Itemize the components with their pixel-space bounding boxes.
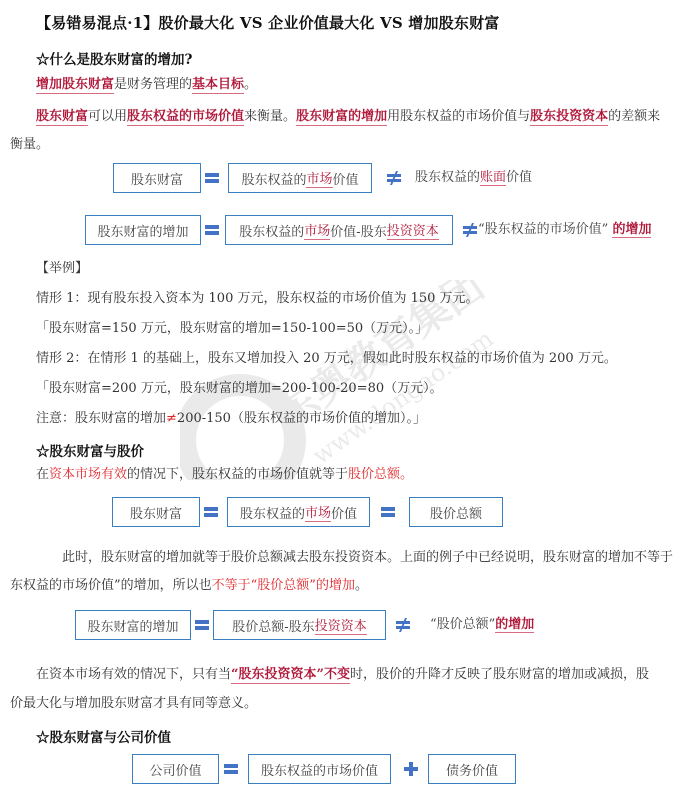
text: 股东权益的	[241, 169, 306, 188]
section-heading-wealth-stock-price: ☆股东财富与股价	[36, 440, 144, 460]
text: 可以用	[88, 109, 127, 124]
paragraph-wrap: 衡量。	[10, 138, 49, 151]
red-text: 股价总额。	[348, 467, 413, 482]
example-label: 【举例】	[36, 262, 88, 275]
equals-icon	[204, 505, 218, 519]
text: 。	[244, 77, 257, 92]
example-case-2-calc: 「股东财富=200 万元，股东财富的增加=200-100-20=80（万元）。	[36, 382, 443, 395]
red-text: 不等于“股价总额”的增加	[212, 578, 355, 593]
plus-icon	[404, 762, 418, 776]
text: 股价总额-股东	[232, 616, 314, 635]
highlight-text: 增加股东财富	[36, 77, 114, 94]
text: 。	[355, 578, 368, 593]
formula-box-stock-minus-capital: 股价总额-股东投资资本	[213, 610, 386, 640]
equals-icon	[381, 505, 395, 519]
page-title: 【易错易混点·1】股价最大化 VS 企业价值最大化 VS 增加股东财富	[36, 12, 500, 33]
formula-box-shareholder-wealth: 股东财富	[113, 163, 201, 193]
equals-icon	[224, 762, 238, 776]
text: 的差额来	[608, 109, 660, 124]
text: 200-150（股东权益的市场价值的增加）。」	[177, 411, 426, 426]
text: 股东权益的	[240, 503, 305, 522]
example-case-1: 情形 1：现有股东投入资本为 100 万元，股东权益的市场价值为 150 万元。	[36, 292, 479, 305]
paragraph-measurement: 股东财富可以用股东权益的市场价值来衡量。股东财富的增加用股东权益的市场价值与股东…	[36, 110, 660, 123]
highlight-text: 基本目标	[192, 77, 244, 94]
text: 价值-股东	[330, 221, 386, 240]
underlined-text: 市场	[305, 502, 331, 522]
underlined-text: 的增加	[495, 617, 534, 633]
formula-box-company-value: 公司价值	[132, 754, 219, 784]
formula-box-wealth-increase: 股东财富的增加	[85, 215, 201, 245]
equals-icon	[205, 223, 219, 237]
not-equal-icon	[387, 171, 401, 185]
underlined-text: 投资资本	[315, 615, 367, 635]
text: 来衡量。	[244, 109, 296, 124]
underlined-text: 市场	[304, 220, 330, 240]
text: 注意：股东财富的增加	[36, 411, 166, 426]
svg-text:www.dongao.com: www.dongao.com	[307, 324, 498, 470]
text: 用股东权益的市场价值与	[387, 109, 530, 124]
example-case-2: 情形 2：在情形 1 的基础上，股东又增加投入 20 万元，假如此时股东权益的市…	[36, 352, 617, 365]
formula-box-total-stock-price: 股价总额	[409, 497, 503, 527]
formula-rhs-stock-increase: “股价总额”的增加	[430, 618, 534, 631]
formula-box-market-value: 股东权益的市场价值	[248, 754, 391, 784]
not-equal-sign: ≠	[166, 411, 177, 426]
red-text: 资本市场有效	[49, 467, 127, 482]
equals-icon	[195, 618, 209, 632]
paragraph-condition-line2: 价最大化与增加股东财富才具有同等意义。	[10, 697, 257, 710]
formula-box-market-value: 股东权益的市场价值	[228, 163, 372, 193]
text: 在资本市场有效的情况下，只有当	[36, 667, 231, 682]
highlight-text: “股东投资资本”不变	[231, 667, 350, 684]
text: 在	[36, 467, 49, 482]
section-heading-wealth-increase: ☆什么是股东财富的增加?	[36, 48, 192, 68]
text: 价值	[506, 170, 532, 185]
example-note: 注意：股东财富的增加≠200-150（股东权益的市场价值的增加）。」	[36, 412, 426, 425]
paragraph-basic-goal: 增加股东财富是财务管理的基本目标。	[36, 78, 257, 91]
paragraph-efficient-market: 在资本市场有效的情况下，股东权益的市场价值就等于股价总额。	[36, 468, 413, 481]
not-equal-icon	[396, 618, 410, 632]
text: 价值	[331, 503, 357, 522]
text: 价值	[333, 169, 359, 188]
formula-box-market-value: 股东权益的市场价值	[227, 497, 370, 527]
highlight-text: 股东财富的增加	[296, 109, 387, 126]
text: 的情况下，股东权益的市场价值就等于	[127, 467, 348, 482]
text: 是财务管理的	[114, 77, 192, 92]
formula-box-market-minus-capital: 股东权益的市场价值-股东投资资本	[225, 215, 453, 245]
highlight-text: 股东权益的市场价值	[127, 109, 244, 126]
paragraph-explanation-line1: 此时，股东财富的增加就等于股价总额减去股东投资资本。上面的例子中已经说明，股东财…	[62, 551, 674, 564]
section-heading-wealth-company-value: ☆股东财富与公司价值	[36, 726, 171, 746]
text: “股价总额”	[430, 617, 495, 632]
text: 时，股价的升降才反映了股东财富的增加或减损，股	[350, 667, 649, 682]
highlight-text: 股东投资资本	[530, 109, 608, 126]
underlined-text: 账面	[480, 170, 506, 186]
formula-box-wealth-increase: 股东财富的增加	[75, 610, 191, 640]
formula-box-debt-value: 债务价值	[428, 754, 516, 784]
highlight-text: 股东财富	[36, 109, 88, 126]
text: 股东权益的	[415, 170, 480, 185]
text: 股东权益的	[239, 221, 304, 240]
underlined-text: 市场	[306, 168, 332, 188]
formula-box-shareholder-wealth: 股东财富	[112, 497, 200, 527]
formula-rhs-market-value-increase: “股东权益的市场价值” 的增加	[478, 223, 651, 236]
formula-rhs-book-value: 股东权益的账面价值	[415, 171, 532, 184]
text: “股东权益的市场价值”	[478, 222, 608, 237]
underlined-text: 的增加	[612, 222, 651, 238]
watermark-logo: 东奥教育集团 www.dongao.com	[180, 280, 500, 480]
example-case-1-calc: 「股东财富=150 万元，股东财富的增加=150-100=50（万元）。」	[36, 322, 428, 335]
paragraph-explanation-line2: 东权益的市场价值”的增加，所以也不等于“股价总额”的增加。	[10, 579, 368, 592]
not-equal-icon	[463, 223, 477, 237]
equals-icon	[205, 171, 219, 185]
underlined-text: 投资资本	[387, 220, 439, 240]
text: 东权益的市场价值”的增加，所以也	[10, 578, 212, 593]
paragraph-condition-line1: 在资本市场有效的情况下，只有当“股东投资资本”不变时，股价的升降才反映了股东财富…	[36, 668, 649, 681]
